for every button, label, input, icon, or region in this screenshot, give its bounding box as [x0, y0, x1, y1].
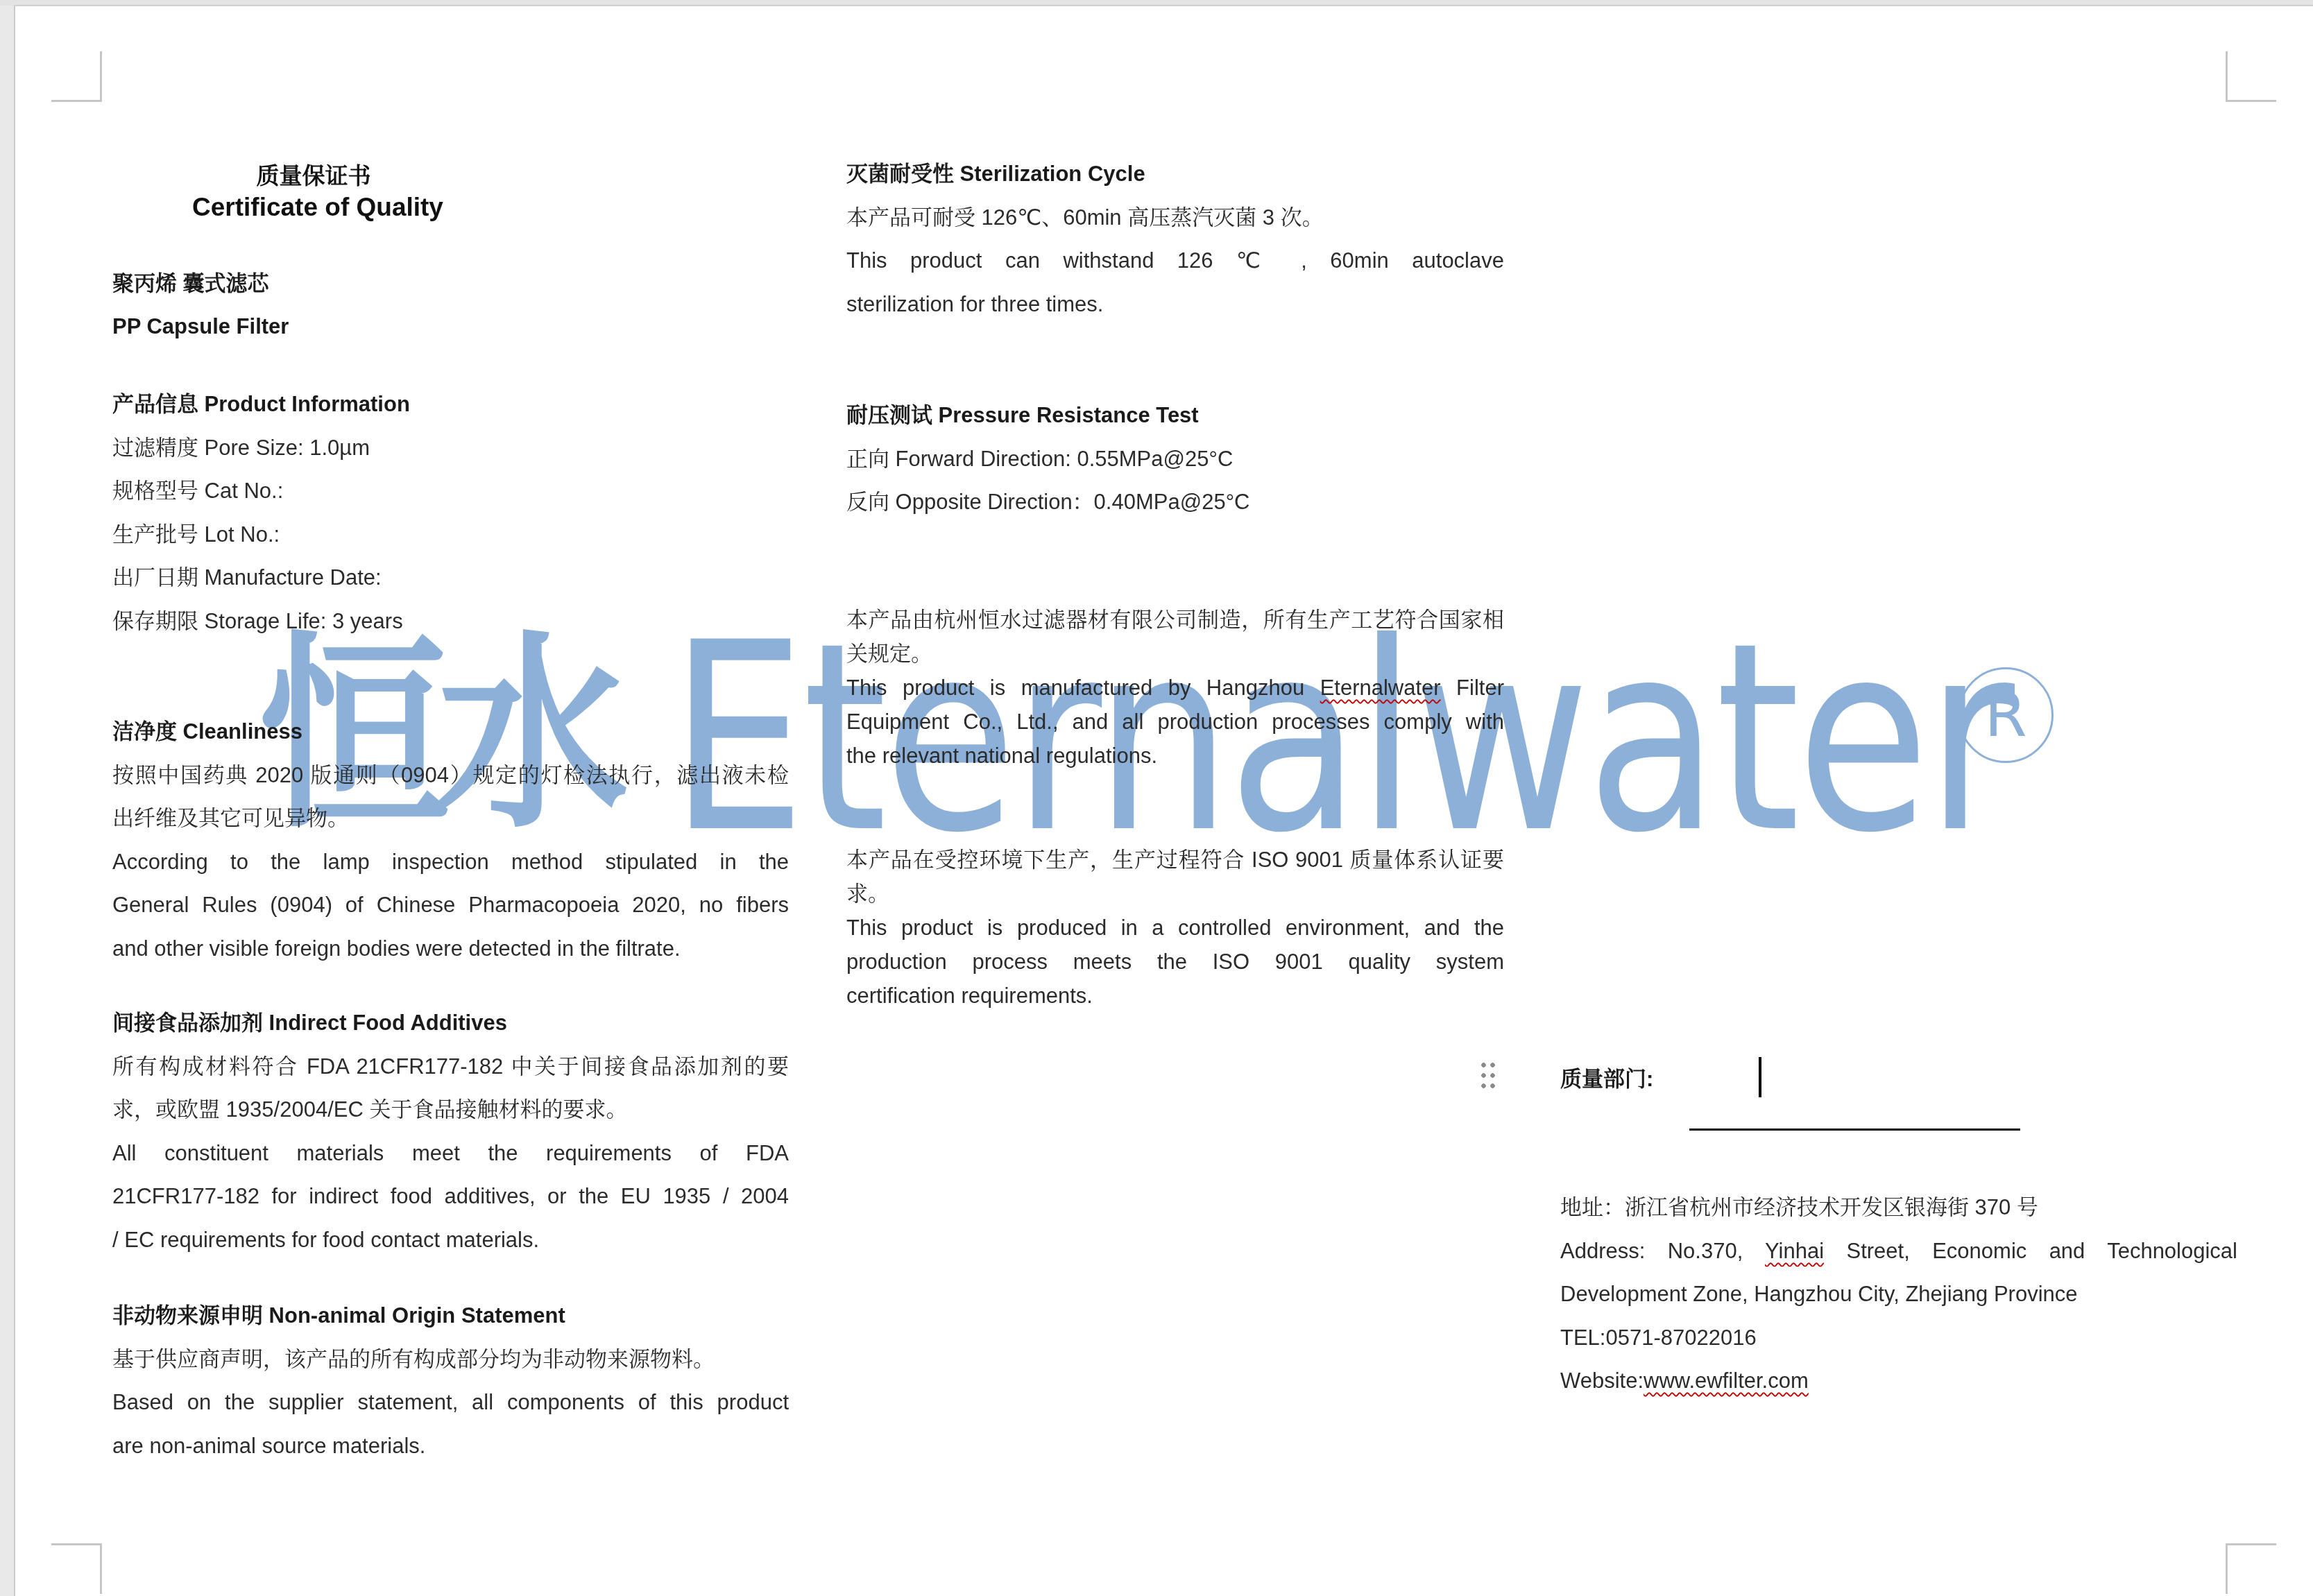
- indirect-food-cn-line: 所有构成材料符合 FDA 21CFR177-182 中关于间接食品添加剂的要: [112, 1045, 789, 1089]
- address-english-line: Address: No.370, Yinhai Street, Economic…: [1560, 1230, 2237, 1273]
- non-animal-heading: 非动物来源申明 Non-animal Origin Statement: [112, 1294, 789, 1338]
- title-english: Certificate of Quality: [110, 193, 526, 222]
- cleanliness-en-line: and other visible foreign bodies were de…: [112, 927, 789, 971]
- iso-en-line: production process meets the ISO 9001 qu…: [846, 945, 1504, 979]
- sterilization-cn-line: 本产品可耐受 126℃、60min 高压蒸汽灭菌 3 次。: [846, 196, 1504, 240]
- iso-cn-line: 求。: [846, 877, 1504, 911]
- title-chinese: 质量保证书: [105, 158, 522, 191]
- indirect-food-cn-line: 求，或欧盟 1935/2004/EC 关于食品接触材料的要求。: [112, 1088, 789, 1132]
- non-animal-en-line: are non-animal source materials.: [112, 1425, 789, 1468]
- non-animal-en-line: Based on the supplier statement, all com…: [112, 1381, 789, 1425]
- iso-en-line: certification requirements.: [846, 979, 1504, 1013]
- signature-line: [1689, 1129, 2020, 1131]
- product-info-section: 产品信息 Product Information 过滤精度 Pore Size:…: [112, 383, 410, 643]
- iso-cn-line: 本产品在受控环境下生产，生产过程符合 ISO 9001 质量体系认证要: [846, 843, 1504, 877]
- spellcheck-word[interactable]: Yinhai: [1765, 1239, 1824, 1263]
- non-animal-section: 非动物来源申明 Non-animal Origin Statement 基于供应…: [112, 1294, 789, 1468]
- sterilization-heading: 灭菌耐受性 Sterilization Cycle: [846, 153, 1504, 196]
- indirect-food-en-line: / EC requirements for food contact mater…: [112, 1219, 789, 1262]
- sterilization-en-line: sterilization for three times.: [846, 283, 1504, 327]
- table-move-handle-icon[interactable]: [1479, 1060, 1497, 1090]
- indirect-food-section: 间接食品添加剂 Indirect Food Additives 所有构成材料符合…: [112, 1002, 789, 1262]
- address-english-line: Development Zone, Hangzhou City, Zhejian…: [1560, 1273, 2237, 1316]
- opposite-direction-row: 反向 Opposite Direction：0.40MPa@25°C: [846, 481, 1504, 524]
- cleanliness-heading: 洁净度 Cleanliness: [112, 710, 789, 754]
- manufacturer-section: 本产品由杭州恒水过滤器材有限公司制造，所有生产工艺符合国家相 关规定。 This…: [846, 603, 1504, 773]
- manufacturer-cn-line: 本产品由杭州恒水过滤器材有限公司制造，所有生产工艺符合国家相: [846, 603, 1504, 637]
- spellcheck-word[interactable]: Eternalwater: [1320, 676, 1441, 700]
- indirect-food-en-line: All constituent materials meet the requi…: [112, 1132, 789, 1176]
- cat-no-row: 规格型号 Cat No.:: [112, 470, 410, 513]
- manufacturer-en-line: the relevant national regulations.: [846, 739, 1504, 773]
- iso-section: 本产品在受控环境下生产，生产过程符合 ISO 9001 质量体系认证要 求。 T…: [846, 843, 1504, 1013]
- lot-no-row: 生产批号 Lot No.:: [112, 513, 410, 557]
- text-cursor: [1759, 1057, 1761, 1097]
- website-link[interactable]: www.ewfilter.com: [1644, 1368, 1809, 1393]
- cleanliness-en-line: General Rules (0904) of Chinese Pharmaco…: [112, 884, 789, 927]
- manufacturer-en-line: This product is manufactured by Hangzhou…: [846, 671, 1504, 705]
- iso-en-line: This product is produced in a controlled…: [846, 911, 1504, 945]
- product-name-english: PP Capsule Filter: [112, 305, 289, 349]
- indirect-food-heading: 间接食品添加剂 Indirect Food Additives: [112, 1002, 789, 1045]
- non-animal-cn-line: 基于供应商声明，该产品的所有构成部分均为非动物来源物料。: [112, 1338, 789, 1382]
- sterilization-section: 灭菌耐受性 Sterilization Cycle 本产品可耐受 126℃、60…: [846, 153, 1504, 326]
- product-name-chinese: 聚丙烯 囊式滤芯: [112, 262, 269, 306]
- sterilization-en-line: This product can withstand 126 ℃ , 60min…: [846, 239, 1504, 283]
- forward-direction-row: 正向 Forward Direction: 0.55MPa@25°C: [846, 438, 1504, 481]
- cleanliness-en-line: According to the lamp inspection method …: [112, 841, 789, 884]
- website: Website:www.ewfilter.com: [1560, 1359, 2237, 1403]
- manufacturer-cn-line: 关规定。: [846, 637, 1504, 671]
- address-chinese: 地址：浙江省杭州市经济技术开发区银海街 370 号: [1560, 1186, 2237, 1230]
- manufacturer-en-line: Equipment Co., Ltd., and all production …: [846, 705, 1504, 739]
- storage-life-row: 保存期限 Storage Life: 3 years: [112, 600, 410, 644]
- pore-size-row: 过滤精度 Pore Size: 1.0µm: [112, 427, 410, 470]
- cleanliness-cn-line: 按照中国药典 2020 版通则（0904）规定的灯检法执行，滤出液未检: [112, 754, 789, 798]
- pressure-section: 耐压测试 Pressure Resistance Test 正向 Forward…: [846, 394, 1504, 524]
- quality-dept-signature-field[interactable]: [1689, 1054, 2020, 1124]
- quality-dept-label: 质量部门:: [1560, 1058, 1653, 1101]
- manufacture-date-row: 出厂日期 Manufacture Date:: [112, 556, 410, 600]
- cleanliness-cn-line: 出纤维及其它可见异物。: [112, 797, 789, 841]
- product-info-heading: 产品信息 Product Information: [112, 383, 410, 427]
- telephone: TEL:0571-87022016: [1560, 1316, 2237, 1360]
- pressure-heading: 耐压测试 Pressure Resistance Test: [846, 394, 1504, 438]
- indirect-food-en-line: 21CFR177-182 for indirect food additives…: [112, 1175, 789, 1219]
- cleanliness-section: 洁净度 Cleanliness 按照中国药典 2020 版通则（0904）规定的…: [112, 710, 789, 970]
- document-body: 质量保证书 Certificate of Quality 聚丙烯 囊式滤芯 PP…: [0, 0, 2313, 1596]
- contact-section: 地址：浙江省杭州市经济技术开发区银海街 370 号 Address: No.37…: [1560, 1186, 2237, 1403]
